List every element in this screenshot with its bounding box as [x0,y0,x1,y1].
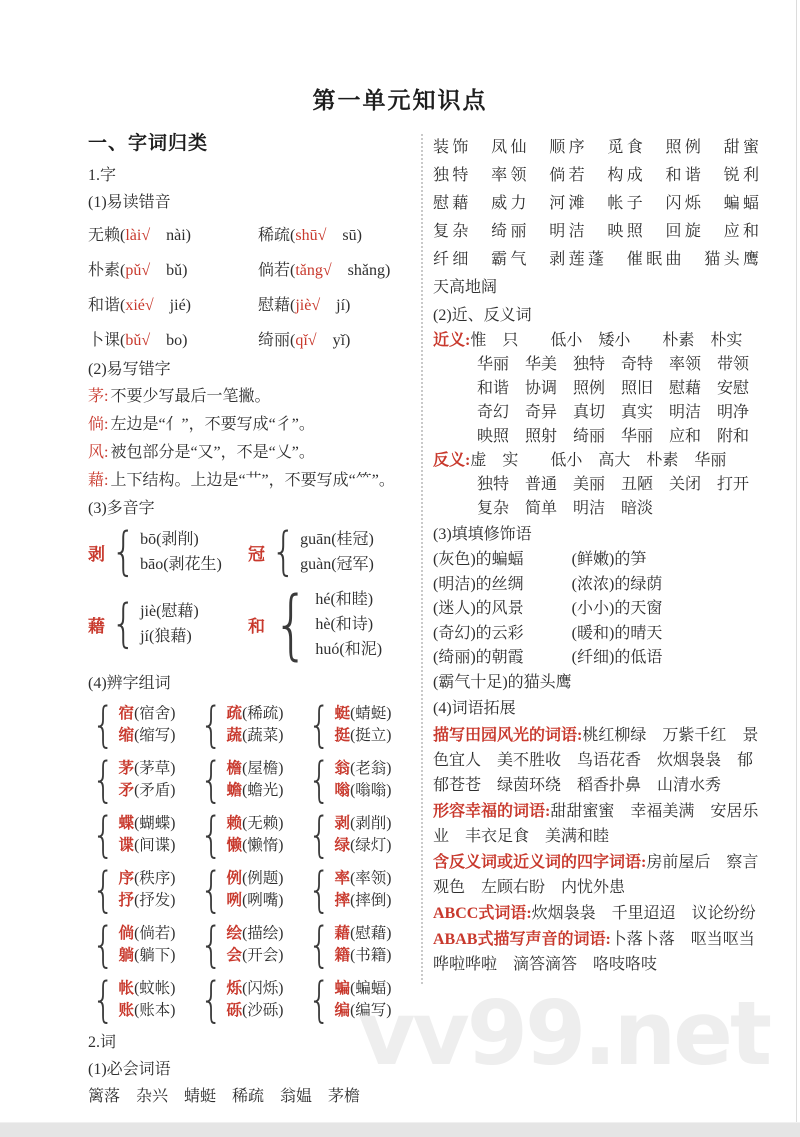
pair-char: 账 [119,1002,135,1019]
pron-correct: shū√ [295,227,326,244]
pair-word: (稀疏) [242,705,283,722]
note-text: 上下结构。上边是“艹”，不要写成“⺮”。 [110,472,394,489]
pron-correct: jiè√ [295,297,320,314]
pair-char: 帐 [119,980,135,997]
pair-char: 砾 [227,1002,243,1019]
expansion-label: 描写田园风光的词语: [433,727,582,744]
polyphone-group: 剥 { bō(剥削) bāo(剥花生) [88,526,248,578]
right-column: 装饰 凤仙 顺序 觅食 照例 甜蜜 独特 率领 倘若 构成 和谐 锐利 慰藉 威… [433,134,759,977]
note-char: 藉: [88,472,108,489]
char-pair: {序(秩序)抒(抒发) [88,866,196,914]
pron-word: 卜课( [88,332,125,349]
expansion-item: 描写田园风光的词语:桃红柳绿 万紫千红 景色宜人 美不胜收 鸟语花香 炊烟袅袅 … [433,723,759,798]
writing-note: 风:被包部分是“又”，不是“乂”。 [88,439,418,467]
pair-word: (间谍) [134,837,175,854]
pair-word: (蟾光) [242,782,283,799]
pron-wrong: jié) [170,297,191,314]
pair-char: 檐 [227,760,243,777]
polyphone-char: 藉 [88,612,105,637]
synonym-line: 映照 照射 绮丽 华丽 应和 附和 [433,425,759,449]
section-heading: 一、字词归类 [88,128,418,155]
polyphone-reading: jí(狼藉) [140,624,199,649]
polyphone-reading: bō(剥削) [140,527,222,552]
polyphone-reading: hè(和诗) [315,612,382,637]
polyphone-lines: bō(剥削) bāo(剥花生) [140,527,222,577]
pronunciation-row: 朴素(pǔ√bǔ) 倘若(tǎng√shǎng) [88,251,418,286]
pron-word: 无赖( [88,227,125,244]
pair-word: (矛盾) [134,782,175,799]
brace-glyph: { [92,866,115,914]
brace-glyph: { [308,866,331,914]
site-watermark: vv99.net [358,982,769,1085]
modifier-line: (迷人)的风景 (小小)的天窗 [433,597,759,622]
pron-word: 朴素( [88,262,125,279]
pair-word: (蚊帐) [134,980,175,997]
pair-char: 蝶 [119,815,135,832]
pair-word: (懒惰) [242,837,283,854]
char-pair: {翁(老翁)嗡(嗡嗡) [304,756,418,804]
brace-glyph: { [308,976,331,1024]
brace-glyph: { [200,921,223,969]
pair-word: (茅草) [134,760,175,777]
pair-word: (咧嘴) [242,892,283,909]
polyphone-lines: jiè(慰藉) jí(狼藉) [140,599,199,649]
pron-correct: xié√ [125,297,153,314]
antonym-line: 复杂 简单 明洁 暗淡 [433,497,759,521]
pron-correct: lài√ [125,227,150,244]
s4-title: (4)词语拓展 [433,695,759,722]
word-list-line: 复杂 绮丽 明洁 映照 回旋 应和 [433,218,759,246]
pron-correct: pǔ√ [125,262,150,279]
pair-char: 谍 [119,837,135,854]
brace-glyph: { [200,866,223,914]
pron-wrong: shǎng) [348,262,391,279]
pair-char: 会 [227,947,243,964]
polyphone-group: 藉 { jiè(慰藉) jí(狼藉) [88,586,248,662]
modifier-line: (明洁)的丝绸 (浓浓)的绿荫 [433,573,759,598]
pron-entry: 和谐(xié√jié) [88,292,258,315]
pair-word: (账本) [134,1002,175,1019]
pair-word: (宿舍) [134,705,175,722]
expansion-item: ABAB式描写声音的词语:卜落卜落 呕当呕当 哗啦哗啦 滴答滴答 咯吱咯吱 [433,927,759,977]
brace-glyph: { [308,756,331,804]
pair-char: 藉 [335,925,351,942]
pair-char: 蝙 [335,980,351,997]
writing-note: 藉:上下结构。上边是“艹”，不要写成“⺮”。 [88,467,418,495]
pair-char: 序 [119,870,135,887]
word-list-line: 慰藉 威力 河滩 帐子 闪烁 蝙蝠 [433,190,759,218]
pair-char: 躺 [119,947,135,964]
pron-word: 稀疏( [258,227,295,244]
s1-title: (1)易读错音 [88,189,418,216]
pair-char: 例 [227,870,243,887]
note-char: 倘: [88,416,108,433]
pair-word: (倘若) [134,925,175,942]
synonym-line: 华丽 华美 独特 奇特 率领 带领 [433,353,759,377]
brace-glyph: { [200,701,223,749]
char-pair: {赖(无赖)懒(懒惰) [196,811,304,859]
pair-char: 懒 [227,837,243,854]
pair-char: 疏 [227,705,243,722]
pair-word: (绿灯) [350,837,391,854]
pair-word: (屋檐) [242,760,283,777]
brace-glyph: { [273,586,309,662]
pron-wrong: yǐ) [333,332,351,349]
expansion-label: ABCC式词语: [433,905,532,922]
char-pair: {烁(闪烁)砾(沙砾) [196,976,304,1024]
expansion-label: 形容幸福的词语: [433,803,550,820]
pair-word: (挺立) [350,727,391,744]
pronunciation-row: 和谐(xié√jié) 慰藉(jiè√jí) [88,286,418,321]
word-list-line: 天高地阔 [433,274,759,302]
pron-wrong: bǔ) [166,262,187,279]
pair-char: 嗡 [335,782,351,799]
pair-char: 缩 [119,727,135,744]
word-list-line: 独特 率领 倘若 构成 和谐 锐利 [433,162,759,190]
pair-word: (率领) [350,870,391,887]
pair-char: 蟾 [227,782,243,799]
pair-char: 抒 [119,892,135,909]
pron-entry: 慰藉(jiè√jí) [258,292,350,315]
modifier-line: (霸气十足)的猫头鹰 [433,671,759,696]
polyphone-row: 剥 { bō(剥削) bāo(剥花生) 冠 { guān(桂冠) guàn(冠军… [88,526,418,578]
character-pair-grid: {宿(宿舍)缩(缩写) {疏(稀疏)蔬(蔬菜) {蜓(蜻蜓)挺(挺立) {茅(茅… [88,701,418,1024]
char-pair: {宿(宿舍)缩(缩写) [88,701,196,749]
s3-title: (3)填填修饰语 [433,521,759,548]
char-pair: {绘(描绘)会(开会) [196,921,304,969]
pair-word: (嗡嗡) [350,782,391,799]
synonym-label: 近义: [433,332,470,349]
expansion-item: 含反义词或近义词的四字词语:房前屋后 察言观色 左顾右盼 内忧外患 [433,850,759,900]
pair-word: (闪烁) [242,980,283,997]
pair-word: (蔬菜) [242,727,283,744]
synonym-text: 惟 只 低小 矮小 朴素 朴实 [470,332,742,349]
polyphone-lines: hé(和睦) hè(和诗) huó(和泥) [315,587,382,662]
pron-entry: 无赖(lài√nài) [88,222,258,245]
note-char: 茅: [88,388,108,405]
char-pair: {率(率领)摔(摔倒) [304,866,418,914]
pair-char: 编 [335,1002,351,1019]
brace-glyph: { [111,526,136,578]
note-text: 左边是“亻”，不要写成“彳”。 [110,416,314,433]
char-pair: {蝶(蝴蝶)谍(间谍) [88,811,196,859]
must-know-words: 篱落 杂兴 蜻蜓 稀疏 翁媪 茅檐 [88,1083,418,1111]
synonym-line: 和谐 协调 照例 照旧 慰藉 安慰 [433,377,759,401]
s2-title: (2)近、反义词 [433,302,759,329]
char-pair: {帐(蚊帐)账(账本) [88,976,196,1024]
pair-char: 摔 [335,892,351,909]
brace-glyph: { [92,756,115,804]
pair-char: 矛 [119,782,135,799]
pron-word: 绮丽( [258,332,295,349]
pair-word: (蝴蝶) [134,815,175,832]
expansion-item: ABCC式词语:炊烟袅袅 千里迢迢 议论纷纷 [433,901,759,926]
pair-char: 蔬 [227,727,243,744]
pair-word: (秩序) [134,870,175,887]
pair-char: 率 [335,870,351,887]
pronunciation-row: 卜课(bǔ√bo) 绮丽(qǐ√yǐ) [88,321,418,356]
pair-char: 烁 [227,980,243,997]
pair-word: (抒发) [134,892,175,909]
pair-char: 宿 [119,705,135,722]
pron-entry: 倘若(tǎng√shǎng) [258,257,390,280]
pron-correct: qǐ√ [295,332,316,349]
polyphone-reading: guān(桂冠) [300,527,374,552]
subsection-zi: 1.字 [88,163,418,189]
pron-word: 慰藉( [258,297,295,314]
s2-title: (2)易写错字 [88,356,418,383]
s3-title: (3)多音字 [88,495,418,522]
writing-note: 茅:不要少写最后一笔撇。 [88,383,418,411]
char-pair: {藉(慰藉)籍(书籍) [304,921,418,969]
polyphone-reading: huó(和泥) [315,637,382,662]
char-pair: {蜓(蜻蜓)挺(挺立) [304,701,418,749]
modifier-line: (奇幻)的云彩 (暖和)的晴天 [433,622,759,647]
pair-char: 翁 [335,760,351,777]
pair-word: (老翁) [350,760,391,777]
pron-wrong: nài) [166,227,191,244]
pron-entry: 稀疏(shū√sū) [258,222,362,245]
left-column: 一、字词归类 1.字 (1)易读错音 无赖(lài√nài) 稀疏(shū√sū… [88,128,418,1111]
pron-word: 倘若( [258,262,295,279]
pron-entry: 朴素(pǔ√bǔ) [88,257,258,280]
pair-char: 咧 [227,892,243,909]
polyphone-reading: bāo(剥花生) [140,552,222,577]
expansion-label: ABAB式描写声音的词语: [433,931,611,948]
scanned-document-page: 第一单元知识点 一、字词归类 1.字 (1)易读错音 无赖(lài√nài) 稀… [0,0,800,1137]
brace-glyph: { [200,756,223,804]
polyphone-group: 和 { hé(和睦) hè(和诗) huó(和泥) [248,586,382,662]
polyphone-char: 和 [248,612,265,637]
writing-note: 倘:左边是“亻”，不要写成“彳”。 [88,411,418,439]
synonym-line: 奇幻 奇异 真切 真实 明洁 明净 [433,401,759,425]
brace-glyph: { [92,921,115,969]
pair-char: 剥 [335,815,351,832]
pron-entry: 卜课(bǔ√bo) [88,327,258,350]
modifier-line: (绮丽)的朝霞 (纤细)的低语 [433,646,759,671]
page-title: 第一单元知识点 [0,82,800,115]
brace-glyph: { [200,976,223,1024]
char-pair: {剥(剥削)绿(绿灯) [304,811,418,859]
brace-glyph: { [92,701,115,749]
brace-glyph: { [92,811,115,859]
s4-title: (4)辨字组词 [88,670,418,697]
polyphone-reading: jiè(慰藉) [140,599,199,624]
pair-word: (无赖) [242,815,283,832]
pair-word: (摔倒) [350,892,391,909]
pronunciation-row: 无赖(lài√nài) 稀疏(shū√sū) [88,216,418,251]
polyphone-char: 剥 [88,540,105,565]
pair-char: 挺 [335,727,351,744]
pair-char: 绿 [335,837,351,854]
polyphone-reading: hé(和睦) [315,587,382,612]
pron-entry: 绮丽(qǐ√yǐ) [258,327,350,350]
char-pair: {茅(茅草)矛(矛盾) [88,756,196,804]
pron-wrong: jí) [336,297,350,314]
antonym-line: 独特 普通 美丽 丑陋 关闭 打开 [433,473,759,497]
note-char: 风: [88,444,108,461]
pair-char: 籍 [335,947,351,964]
pair-word: (开会) [242,947,283,964]
pair-char: 绘 [227,925,243,942]
pron-wrong: bo) [166,332,187,349]
pair-word: (躺下) [134,947,175,964]
pair-word: (剥削) [350,815,391,832]
expansion-item: 形容幸福的词语:甜甜蜜蜜 幸福美满 安居乐业 丰衣足食 美满和睦 [433,799,759,849]
polyphone-group: 冠 { guān(桂冠) guàn(冠军) [248,526,374,578]
polyphone-lines: guān(桂冠) guàn(冠军) [300,527,374,577]
note-text: 不要少写最后一笔撇。 [110,388,270,405]
synonym-line: 近义:惟 只 低小 矮小 朴素 朴实 [433,329,759,353]
pair-char: 蜓 [335,705,351,722]
brace-glyph: { [308,921,331,969]
note-text: 被包部分是“又”，不是“乂”。 [110,444,314,461]
pair-word: (慰藉) [350,925,391,942]
modifier-line: (灰色)的蝙蝠 (鲜嫩)的笋 [433,548,759,573]
pair-char: 赖 [227,815,243,832]
word-list-line: 纤细 霸气 剥莲蓬 催眠曲 猫头鹰 [433,246,759,274]
pair-word: (蜻蜓) [350,705,391,722]
brace-glyph: { [111,598,136,650]
scan-bottom-band [0,1122,800,1137]
char-pair: {疏(稀疏)蔬(蔬菜) [196,701,304,749]
pair-char: 倘 [119,925,135,942]
pron-correct: bǔ√ [125,332,150,349]
pair-word: (描绘) [242,925,283,942]
pair-word: (缩写) [134,727,175,744]
polyphone-reading: guàn(冠军) [300,552,374,577]
expansion-label: 含反义词或近义词的四字词语: [433,854,646,871]
pair-char: 茅 [119,760,135,777]
antonym-text: 虚 实 低小 高大 朴素 华丽 [470,452,726,469]
pron-correct: tǎng√ [295,262,331,279]
pair-word: (书籍) [350,947,391,964]
pair-word: (例题) [242,870,283,887]
antonym-line: 反义:虚 实 低小 高大 朴素 华丽 [433,449,759,473]
pron-wrong: sū) [342,227,362,244]
char-pair: {例(例题)咧(咧嘴) [196,866,304,914]
brace-glyph: { [92,976,115,1024]
page-edge-line [796,0,797,1137]
pron-word: 和谐( [88,297,125,314]
brace-glyph: { [308,701,331,749]
expansion-text: 炊烟袅袅 千里迢迢 议论纷纷 [532,905,756,922]
char-pair: {檐(屋檐)蟾(蟾光) [196,756,304,804]
word-list-line: 装饰 凤仙 顺序 觅食 照例 甜蜜 [433,134,759,162]
column-divider-dotted-line [421,134,423,984]
brace-glyph: { [271,526,296,578]
char-pair: {倘(倘若)躺(躺下) [88,921,196,969]
antonym-label: 反义: [433,452,470,469]
polyphone-char: 冠 [248,540,265,565]
brace-glyph: { [308,811,331,859]
pair-word: (沙砾) [242,1002,283,1019]
polyphone-row: 藉 { jiè(慰藉) jí(狼藉) 和 { hé(和睦) hè(和诗) huó… [88,586,418,662]
brace-glyph: { [200,811,223,859]
